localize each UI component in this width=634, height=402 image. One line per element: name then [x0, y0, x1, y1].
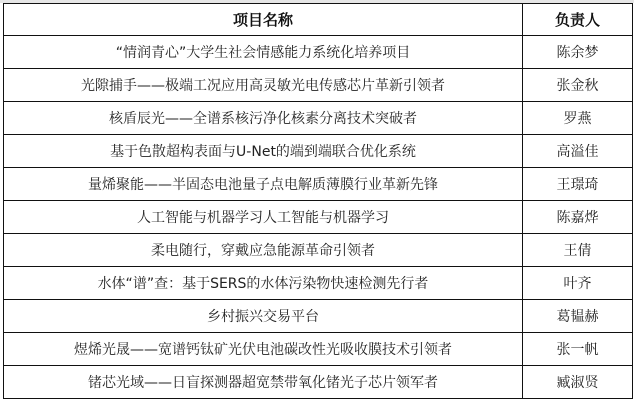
project-name-cell: 量烯聚能——半固态电池量子点电解质薄膜行业革新先锋	[4, 168, 523, 201]
table-row: 锗芯光域——日盲探测器超宽禁带氧化锗光子芯片领军者 臧淑贤	[4, 366, 633, 399]
owner-cell: 张一帆	[523, 333, 633, 366]
header-owner: 负责人	[523, 4, 633, 36]
project-name-cell: 水体“谱”查：基于SERS的水体污染物快速检测先行者	[4, 267, 523, 300]
table-row: 人工智能与机器学习人工智能与机器学习 陈嘉烨	[4, 201, 633, 234]
owner-cell: 臧淑贤	[523, 366, 633, 399]
project-name-cell: 核盾辰光——全谱系核污净化核素分离技术突破者	[4, 102, 523, 135]
owner-cell: 王璟琦	[523, 168, 633, 201]
owner-cell: 张金秋	[523, 69, 633, 102]
project-name-cell: 光隙捕手——极端工况应用高灵敏光电传感芯片革新引领者	[4, 69, 523, 102]
owner-cell: 高溢佳	[523, 135, 633, 168]
project-name-cell: “情润青心”大学生社会情感能力系统化培养项目	[4, 36, 523, 69]
owner-cell: 叶齐	[523, 267, 633, 300]
table-row: 水体“谱”查：基于SERS的水体污染物快速检测先行者 叶齐	[4, 267, 633, 300]
project-name-cell: 柔电随行，穿戴应急能源革命引领者	[4, 234, 523, 267]
table-row: 基于色散超构表面与U-Net的端到端联合优化系统 高溢佳	[4, 135, 633, 168]
project-name-cell: 锗芯光域——日盲探测器超宽禁带氧化锗光子芯片领军者	[4, 366, 523, 399]
table-row: “情润青心”大学生社会情感能力系统化培养项目 陈余梦	[4, 36, 633, 69]
owner-cell: 陈嘉烨	[523, 201, 633, 234]
owner-cell: 陈余梦	[523, 36, 633, 69]
owner-cell: 王倩	[523, 234, 633, 267]
table-row: 量烯聚能——半固态电池量子点电解质薄膜行业革新先锋 王璟琦	[4, 168, 633, 201]
owner-cell: 罗燕	[523, 102, 633, 135]
table-row: 核盾辰光——全谱系核污净化核素分离技术突破者 罗燕	[4, 102, 633, 135]
project-name-cell: 人工智能与机器学习人工智能与机器学习	[4, 201, 523, 234]
project-name-cell: 乡村振兴交易平台	[4, 300, 523, 333]
table-row: 煜烯光晟——宽谱钙钛矿光伏电池碳改性光吸收膜技术引领者 张一帆	[4, 333, 633, 366]
project-name-cell: 煜烯光晟——宽谱钙钛矿光伏电池碳改性光吸收膜技术引领者	[4, 333, 523, 366]
table-row: 柔电随行，穿戴应急能源革命引领者 王倩	[4, 234, 633, 267]
table-row: 光隙捕手——极端工况应用高灵敏光电传感芯片革新引领者 张金秋	[4, 69, 633, 102]
header-project-name: 项目名称	[4, 4, 523, 36]
table-row: 乡村振兴交易平台 葛韫赫	[4, 300, 633, 333]
owner-cell: 葛韫赫	[523, 300, 633, 333]
project-name-cell: 基于色散超构表面与U-Net的端到端联合优化系统	[4, 135, 523, 168]
project-table: 项目名称 负责人 “情润青心”大学生社会情感能力系统化培养项目 陈余梦 光隙捕手…	[3, 3, 633, 399]
header-row: 项目名称 负责人	[4, 4, 633, 36]
